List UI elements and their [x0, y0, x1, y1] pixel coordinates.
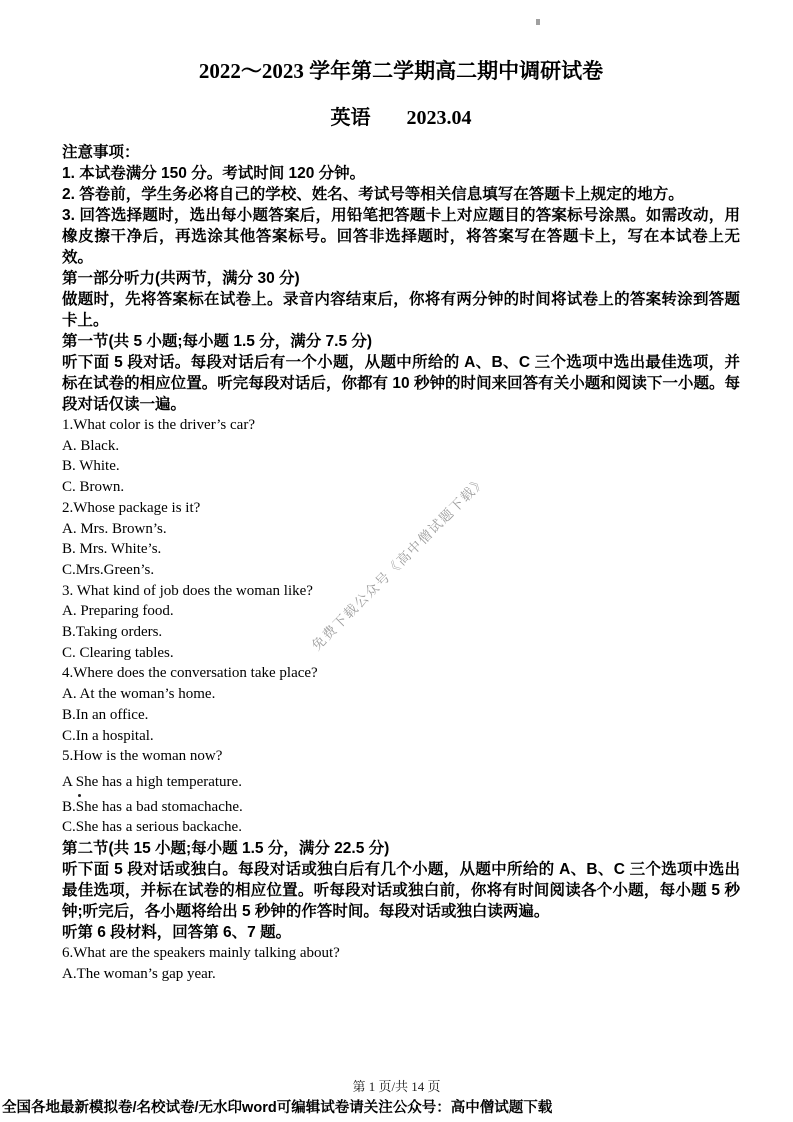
question-block-3: 3. What kind of job does the woman like?… [62, 581, 740, 664]
option-text: C. Brown. [62, 477, 740, 498]
footer-page-number: 第 1 页/共 14 页 [0, 1076, 793, 1095]
scan-artifact-speck [536, 19, 540, 25]
notice-heading: 注意事项： [62, 142, 740, 163]
question-block-5: 5.How is the woman now? A She has a high… [62, 746, 740, 838]
material6-prompt: 听第 6 段材料，回答第 6、7 题。 [62, 922, 740, 943]
part1-note: 做题时，先将答案标在试卷上。录音内容结束后，你将有两分钟的时间将试卷上的答案转涂… [62, 289, 740, 331]
page-title: 2022～2023 学年第二学期高二期中调研试卷 [62, 58, 740, 85]
option-text: B. White. [62, 456, 740, 477]
option-text: B.She has a bad stomachache. [62, 797, 740, 818]
question-block-6: 6.What are the speakers mainly talking a… [62, 943, 740, 984]
option-text: C.She has a serious backache. [62, 817, 740, 838]
subject-line: 英语2023.04 [62, 101, 740, 130]
exam-date: 2023.04 [407, 107, 472, 129]
question-block-4: 4.Where does the conversation take place… [62, 663, 740, 746]
exam-paper-page: 2022～2023 学年第二学期高二期中调研试卷 英语2023.04 注意事项：… [0, 0, 793, 1122]
option-text: B.Taking orders. [62, 622, 740, 643]
section1-instructions: 听下面 5 段对话。每段对话后有一个小题，从题中所给的 A、B、C 三个选项中选… [62, 352, 740, 415]
option-text: B.In an office. [62, 705, 740, 726]
option-text: C. Clearing tables. [62, 643, 740, 664]
option-text: A. At the woman’s home. [62, 684, 740, 705]
question-text: 2.Whose package is it? [62, 498, 740, 519]
section2-instructions: 听下面 5 段对话或独白。每段对话或独白后有几个小题，从题中所给的 A、B、C … [62, 859, 740, 922]
part1-heading: 第一部分听力(共两节，满分 30 分) [62, 268, 740, 289]
section1-heading: 第一节(共 5 小题;每小题 1.5 分，满分 7.5 分) [62, 331, 740, 352]
notice-item-1: 1. 本试卷满分 150 分。考试时间 120 分钟。 [62, 163, 740, 184]
notice-item-3: 3. 回答选择题时，选出每小题答案后，用铅笔把答题卡上对应题目的答案标号涂黑。如… [62, 205, 740, 268]
option-text: A She has a high temperature. [62, 772, 740, 793]
option-text: C.In a hospital. [62, 726, 740, 747]
stray-dot-mark [78, 794, 81, 797]
exam-subject: 英语 [331, 107, 371, 129]
option-text: A. Mrs. Brown’s. [62, 519, 740, 540]
question-text: 6.What are the speakers mainly talking a… [62, 943, 740, 964]
page-content: 2022～2023 学年第二学期高二期中调研试卷 英语2023.04 注意事项：… [62, 58, 740, 984]
question-text: 3. What kind of job does the woman like? [62, 581, 740, 602]
notice-item-2: 2. 答卷前，学生务必将自己的学校、姓名、考试号等相关信息填写在答题卡上规定的地… [62, 184, 740, 205]
question-text: 1.What color is the driver’s car? [62, 415, 740, 436]
question-text: 4.Where does the conversation take place… [62, 663, 740, 684]
question-text: 5.How is the woman now? [62, 746, 740, 767]
footer-promo-text: 全国各地最新模拟卷/名校试卷/无水印word可编辑试卷请关注公众号：高中僧试题下… [2, 1096, 552, 1117]
section2-heading: 第二节(共 15 小题;每小题 1.5 分，满分 22.5 分) [62, 838, 740, 859]
question-block-1: 1.What color is the driver’s car? A. Bla… [62, 415, 740, 498]
option-text: A. Black. [62, 436, 740, 457]
option-text: A. Preparing food. [62, 601, 740, 622]
option-text: A.The woman’s gap year. [62, 964, 740, 985]
